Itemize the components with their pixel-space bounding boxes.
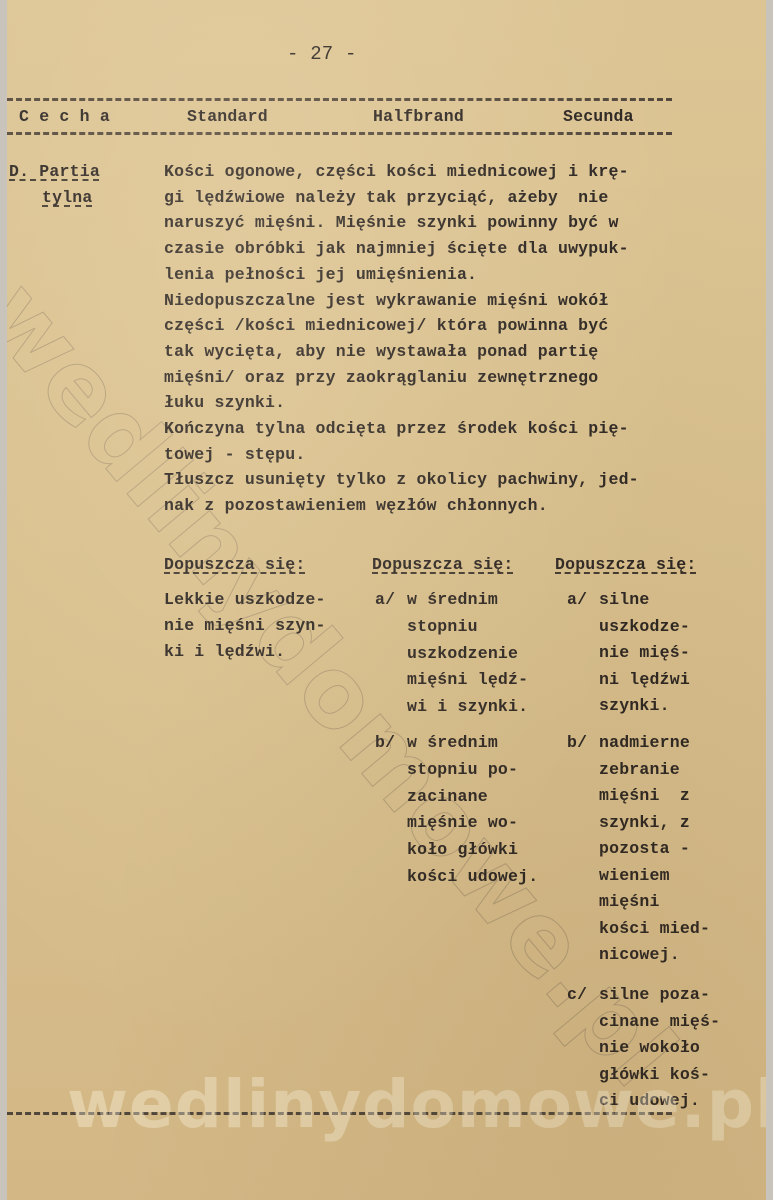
halfbrand-tolerance-line: zacinane xyxy=(407,789,488,806)
description-line: mięśni/ oraz przy zaokrąglaniu zewnętrzn… xyxy=(164,370,598,387)
description-line: naruszyć mięśni. Mięśnie szynki powinny … xyxy=(164,215,619,232)
secunda-tolerance-line: mięśni xyxy=(599,894,660,911)
halfbrand-tolerance-line: wi i szynki. xyxy=(407,699,528,716)
secunda-tolerance-line: szynki. xyxy=(599,698,670,715)
halfbrand-tolerance-line: mięśnie wo- xyxy=(407,815,518,832)
document-page: wedlinydomowe.pl - 27 - C e c h a Standa… xyxy=(7,0,766,1200)
standard-tolerance-line: Lekkie uszkodze- xyxy=(164,592,326,609)
description-line: towej - stępu. xyxy=(164,447,305,464)
secunda-item-marker: c/ xyxy=(567,987,587,1004)
page-number: - 27 - xyxy=(287,45,357,64)
secunda-tolerance-line: szynki, z xyxy=(599,815,690,832)
description-line: tak wycięta, aby nie wystawała ponad par… xyxy=(164,344,598,361)
standard-tolerance-line: ki i lędźwi. xyxy=(164,644,285,661)
header-top-rule xyxy=(7,98,672,101)
standard-tolerance-line: nie mięśni szyn- xyxy=(164,618,326,635)
halfbrand-tolerance-line: w średnim xyxy=(407,592,498,609)
secunda-tolerance-line: ni lędźwi xyxy=(599,672,690,689)
secunda-tolerance-line: pozosta - xyxy=(599,841,690,858)
description-line: gi lędźwiowe należy tak przyciąć, ażeby … xyxy=(164,190,608,207)
secunda-tolerance-line: silne poza- xyxy=(599,987,710,1004)
secunda-tolerance-line: uszkodze- xyxy=(599,619,690,636)
description-line: nak z pozostawieniem węzłów chłonnych. xyxy=(164,498,548,515)
secunda-tolerance-line: główki koś- xyxy=(599,1067,710,1084)
header-secunda: Secunda xyxy=(563,109,634,126)
header-feature: C e c h a xyxy=(19,109,110,126)
watermark-diagonal: wedlinydomowe.pl xyxy=(7,260,697,1107)
description-line: Kości ogonowe, części kości miednicowej … xyxy=(164,164,629,181)
secunda-tolerance-line: nie wokoło xyxy=(599,1040,700,1057)
secunda-tolerance-line: nie mięś- xyxy=(599,645,690,662)
halfbrand-item-marker: a/ xyxy=(375,592,395,609)
secunda-tolerance-line: nicowej. xyxy=(599,947,680,964)
secunda-heading: Dopuszcza się: xyxy=(555,557,696,574)
secunda-tolerance-line: wieniem xyxy=(599,868,670,885)
secunda-tolerance-line: zebranie xyxy=(599,762,680,779)
halfbrand-tolerance-line: w średnim xyxy=(407,735,498,752)
halfbrand-tolerance-line: stopniu po- xyxy=(407,762,518,779)
section-label-line1: D. Partia xyxy=(9,164,100,181)
description-line: Kończyna tylna odcięta przez środek kośc… xyxy=(164,421,629,438)
secunda-item-marker: a/ xyxy=(567,592,587,609)
secunda-item-marker: b/ xyxy=(567,735,587,752)
halfbrand-item-marker: b/ xyxy=(375,735,395,752)
secunda-tolerance-line: silne xyxy=(599,592,650,609)
secunda-tolerance-line: nadmierne xyxy=(599,735,690,752)
secunda-tolerance-line: ci udowej. xyxy=(599,1093,700,1110)
halfbrand-tolerance-line: kości udowej. xyxy=(407,869,538,886)
header-halfbrand: Halfbrand xyxy=(373,109,464,126)
secunda-tolerance-line: kości mied- xyxy=(599,921,710,938)
secunda-tolerance-line: mięśni z xyxy=(599,788,690,805)
secunda-tolerance-line: cinane mięś- xyxy=(599,1014,720,1031)
description-line: łuku szynki. xyxy=(164,395,285,412)
description-line: czasie obróbki jak najmniej ścięte dla u… xyxy=(164,241,629,258)
footer-rule xyxy=(7,1112,672,1115)
halfbrand-tolerance-line: uszkodzenie xyxy=(407,646,518,663)
halfbrand-tolerance-line: stopniu xyxy=(407,619,478,636)
header-bottom-rule xyxy=(7,132,672,135)
description-line: części /kości miednicowej/ która powinna… xyxy=(164,318,608,335)
standard-heading: Dopuszcza się: xyxy=(164,557,305,574)
description-line: lenia pełności jej umięśnienia. xyxy=(164,267,477,284)
description-line: Tłuszcz usunięty tylko z okolicy pachwin… xyxy=(164,472,639,489)
section-label-line2: tylna xyxy=(42,190,93,207)
halfbrand-tolerance-line: mięśni lędź- xyxy=(407,672,528,689)
halfbrand-tolerance-line: koło główki xyxy=(407,842,518,859)
halfbrand-heading: Dopuszcza się: xyxy=(372,557,513,574)
header-standard: Standard xyxy=(187,109,268,126)
description-line: Niedopuszczalne jest wykrawanie mięśni w… xyxy=(164,293,608,310)
